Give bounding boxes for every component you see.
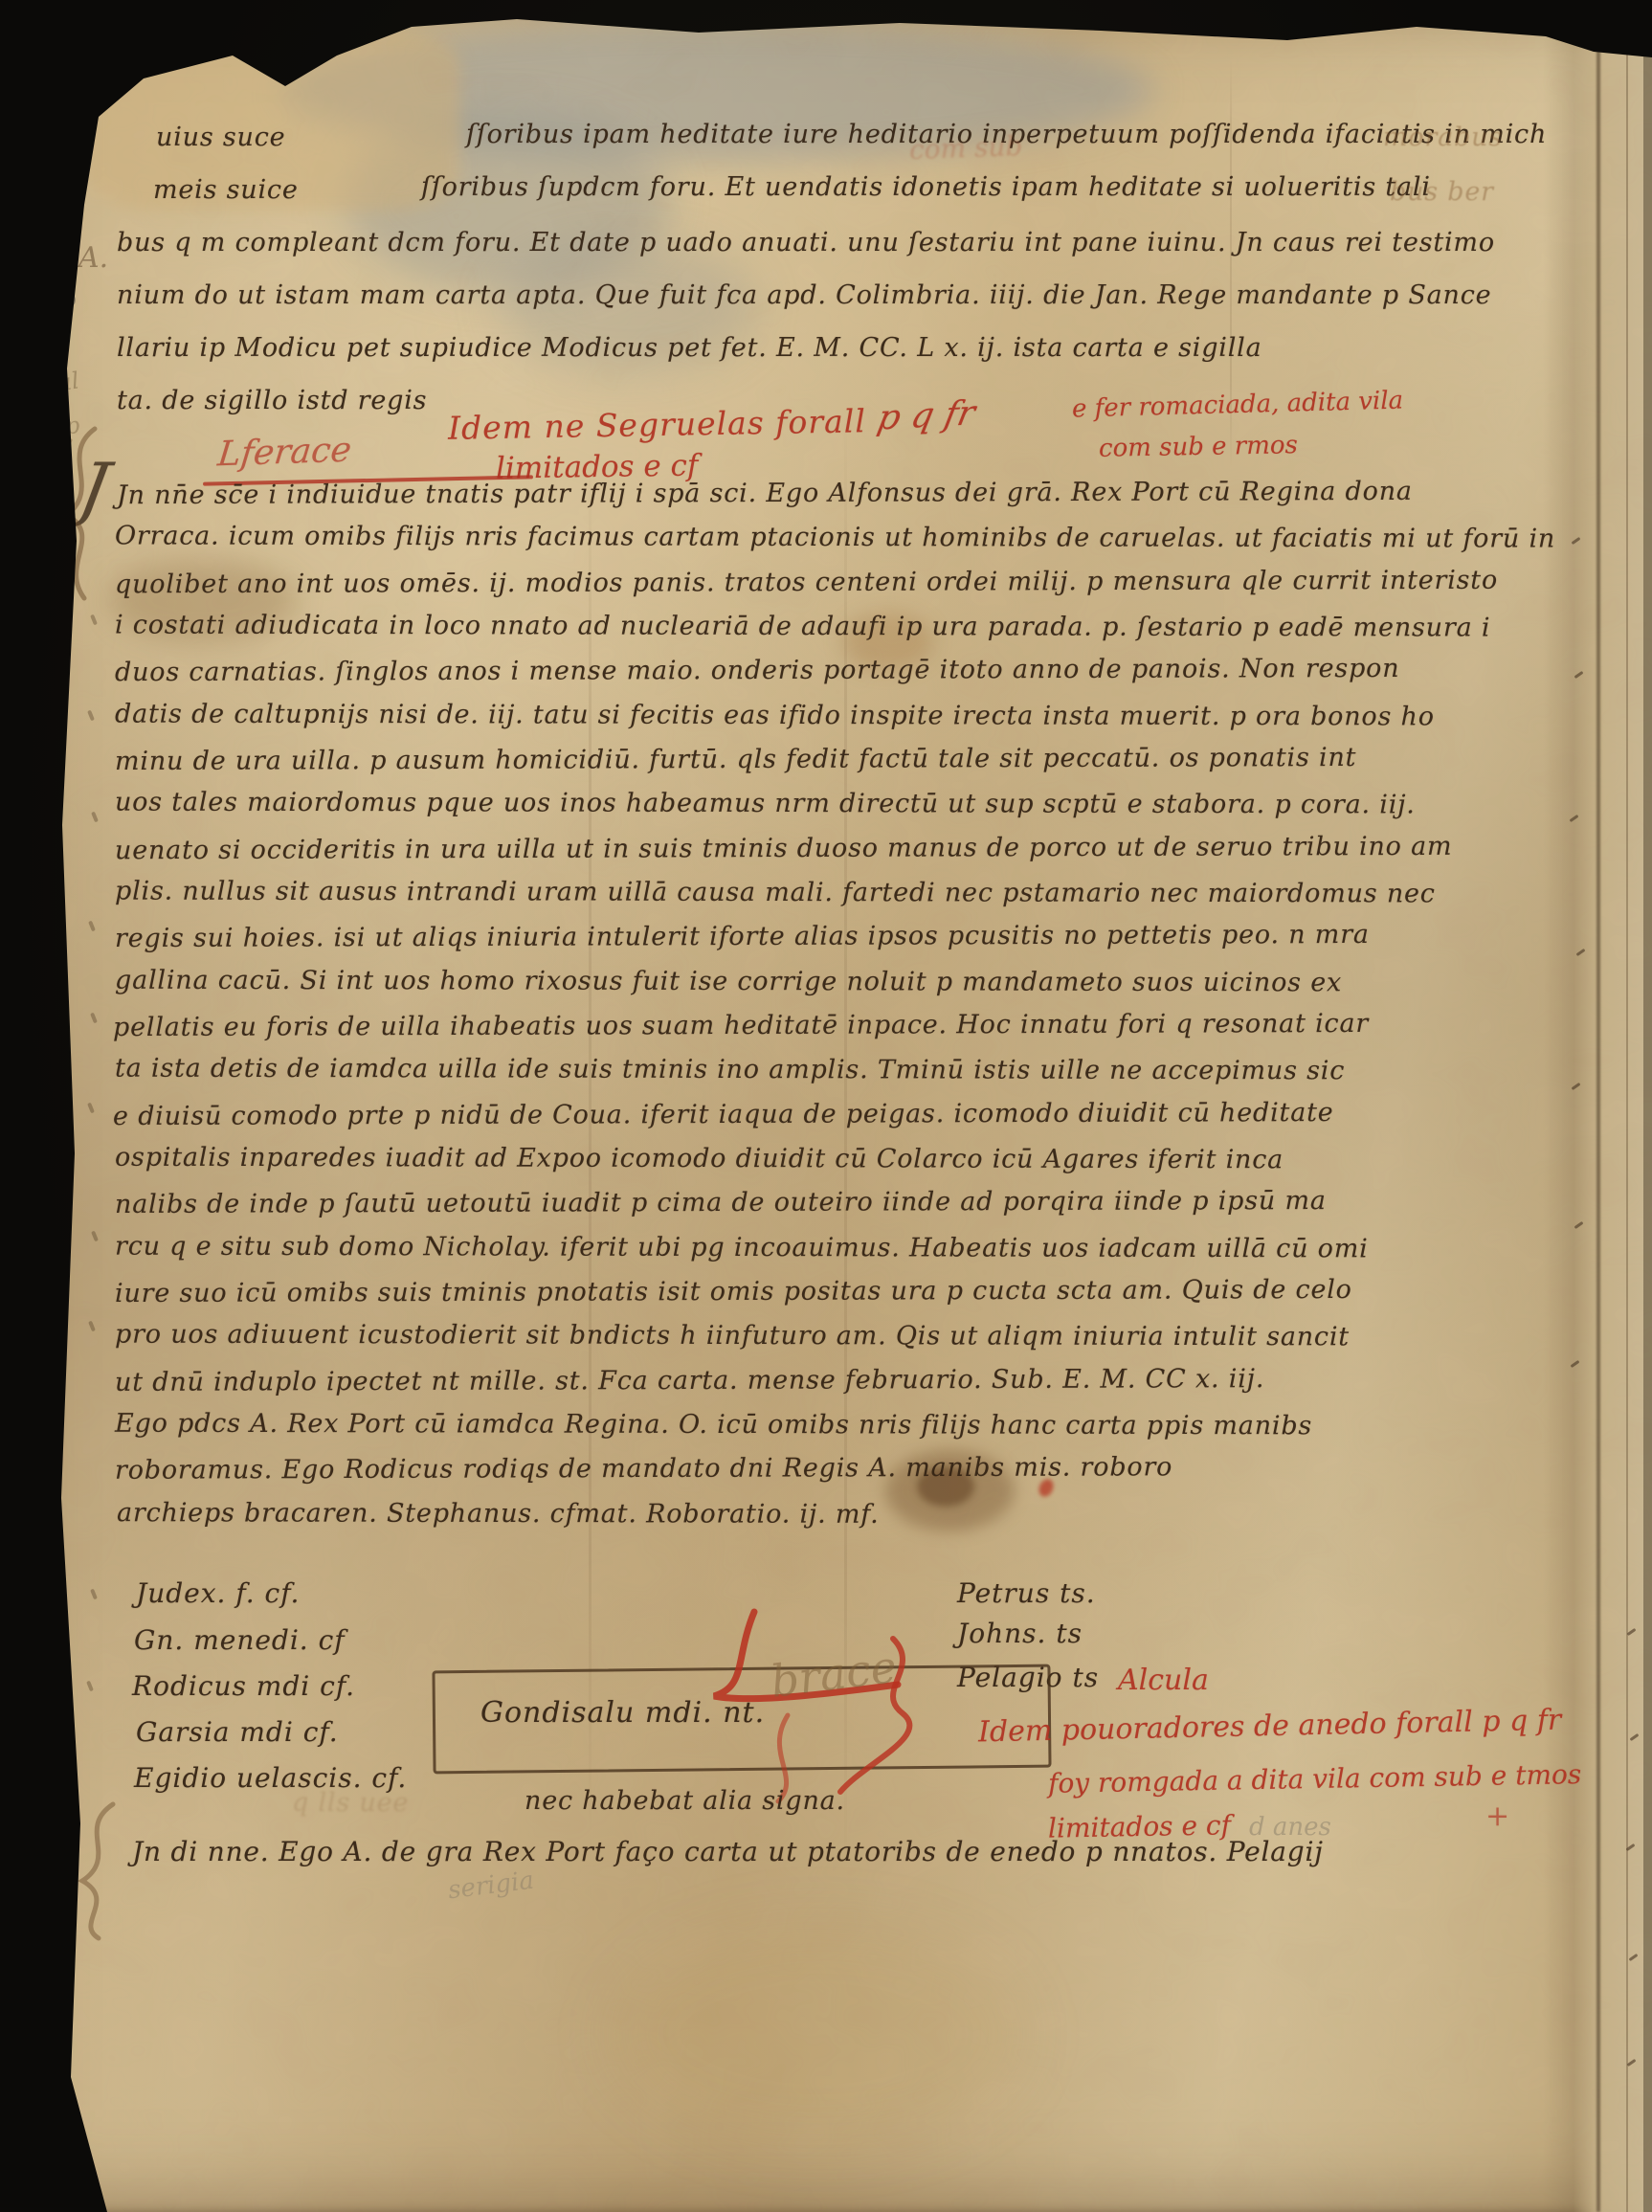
manuscript-page: uius suce ſſoribus ipam heditate iure he… xyxy=(0,0,1652,2212)
parchment-grain xyxy=(0,0,1652,2212)
photograph-backdrop: uius suce ſſoribus ipam heditate iure he… xyxy=(0,0,1652,2212)
